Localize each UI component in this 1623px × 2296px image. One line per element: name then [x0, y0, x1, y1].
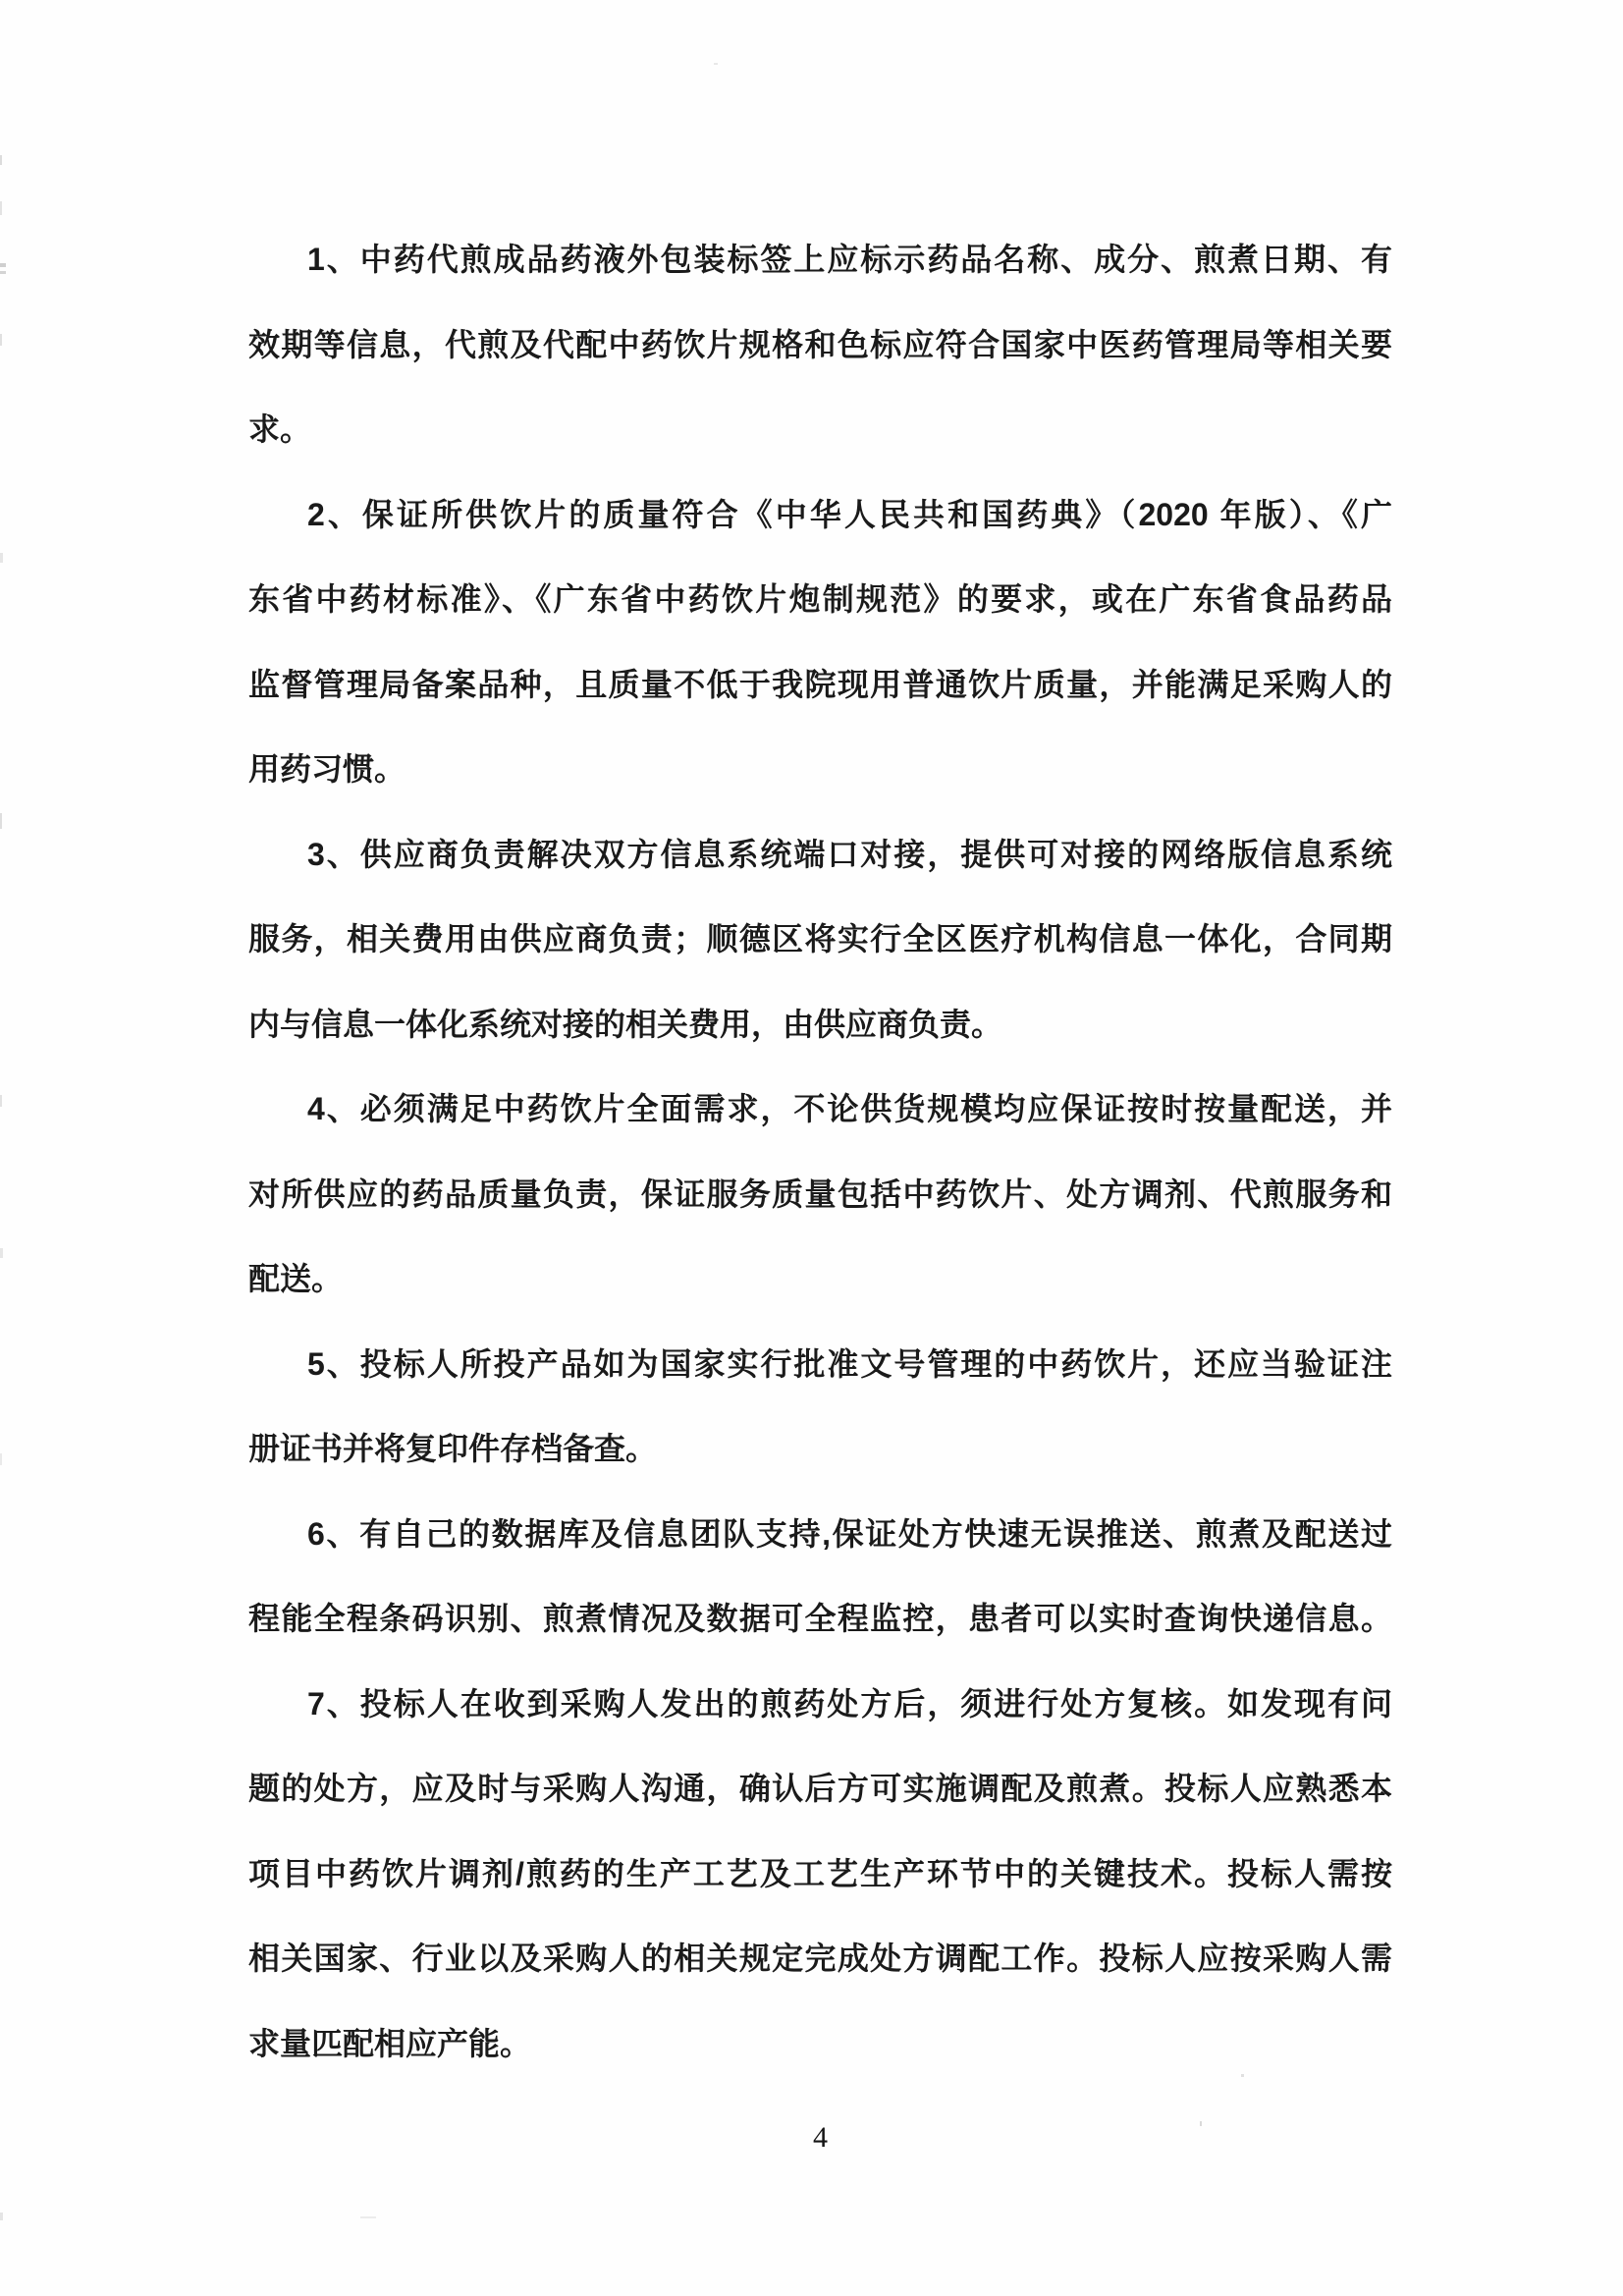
paragraph-2: 2、保证所供饮片的质量符合《中华人民共和国药典》（2020 年版）、《广 东省中… — [248, 472, 1392, 812]
text-line: 7、投标人在收到采购人发出的煎药处方后，须进行处方复核。如发现有问 — [248, 1662, 1392, 1747]
scan-artifact — [0, 553, 3, 563]
scan-artifact — [0, 1095, 2, 1107]
text-line: 册证书并将复印件存档备查。 — [248, 1406, 1392, 1492]
scan-artifact — [0, 334, 2, 346]
document-body: 1、中药代煎成品药液外包装标签上应标示药品名称、成分、煎煮日期、有 效期等信息，… — [248, 217, 1392, 2086]
text-line: 对所供应的药品质量负责，保证服务质量包括中药饮片、处方调剂、代煎服务和 — [248, 1152, 1392, 1237]
paragraph-6: 6、有自己的数据库及信息团队支持,保证处方快速无误推送、煎煮及配送过 程能全程条… — [248, 1492, 1392, 1662]
text-line: 项目中药饮片调剂/煎药的生产工艺及工艺生产环节中的关键技术。投标人需按 — [248, 1831, 1392, 1917]
scan-artifact — [0, 813, 2, 829]
text-line: 6、有自己的数据库及信息团队支持,保证处方快速无误推送、煎煮及配送过 — [248, 1492, 1392, 1577]
paragraph-4: 4、必须满足中药饮片全面需求，不论供货规模均应保证按时按量配送，并 对所供应的药… — [248, 1066, 1392, 1322]
text-line: 5、投标人所投产品如为国家实行批准文号管理的中药饮片，还应当验证注 — [248, 1322, 1392, 1407]
text-line: 服务，相关费用由供应商负责；顺德区将实行全区医疗机构信息一体化，合同期 — [248, 897, 1392, 982]
text-line: 程能全程条码识别、煎煮情况及数据可全程监控，患者可以实时查询快递信息。 — [248, 1576, 1392, 1662]
page-number: 4 — [248, 2121, 1392, 2155]
scan-artifact — [0, 1248, 3, 1258]
scan-artifact — [0, 2213, 3, 2220]
scan-artifact — [0, 263, 6, 267]
text-line: 1、中药代煎成品药液外包装标签上应标示药品名称、成分、煎煮日期、有 — [248, 217, 1392, 302]
text-line: 配送。 — [248, 1236, 1392, 1322]
paragraph-1: 1、中药代煎成品药液外包装标签上应标示药品名称、成分、煎煮日期、有 效期等信息，… — [248, 217, 1392, 472]
scan-artifact — [714, 63, 718, 65]
text-line: 用药习惯。 — [248, 727, 1392, 812]
text-line: 4、必须满足中药饮片全面需求，不论供货规模均应保证按时按量配送，并 — [248, 1066, 1392, 1152]
scan-artifact — [0, 271, 6, 274]
scan-artifact — [0, 155, 2, 165]
text-line: 3、供应商负责解决双方信息系统端口对接，提供可对接的网络版信息系统 — [248, 812, 1392, 898]
document-page: 1、中药代煎成品药液外包装标签上应标示药品名称、成分、煎煮日期、有 效期等信息，… — [0, 0, 1623, 2296]
text-line: 求量匹配相应产能。 — [248, 2001, 1392, 2087]
text-line: 内与信息一体化系统对接的相关费用，由供应商负责。 — [248, 982, 1392, 1067]
text-line: 求。 — [248, 387, 1392, 472]
scan-artifact — [0, 201, 2, 215]
text-line: 题的处方，应及时与采购人沟通，确认后方可实施调配及煎煮。投标人应熟悉本 — [248, 1746, 1392, 1831]
paragraph-7: 7、投标人在收到采购人发出的煎药处方后，须进行处方复核。如发现有问 题的处方，应… — [248, 1662, 1392, 2087]
text-line: 2、保证所供饮片的质量符合《中华人民共和国药典》（2020 年版）、《广 — [248, 472, 1392, 558]
text-line: 东省中药材标准》、《广东省中药饮片炮制规范》的要求，或在广东省食品药品 — [248, 557, 1392, 642]
text-line: 相关国家、行业以及采购人的相关规定完成处方调配工作。投标人应按采购人需 — [248, 1916, 1392, 2001]
text-line: 监督管理局备案品种，且质量不低于我院现用普通饮片质量，并能满足采购人的 — [248, 642, 1392, 728]
text-line: 效期等信息，代煎及代配中药饮片规格和色标应符合国家中医药管理局等相关要 — [248, 302, 1392, 388]
scan-artifact — [0, 1453, 2, 1465]
paragraph-3: 3、供应商负责解决双方信息系统端口对接，提供可对接的网络版信息系统 服务，相关费… — [248, 812, 1392, 1067]
scan-artifact — [360, 2216, 376, 2218]
paragraph-5: 5、投标人所投产品如为国家实行批准文号管理的中药饮片，还应当验证注 册证书并将复… — [248, 1322, 1392, 1492]
